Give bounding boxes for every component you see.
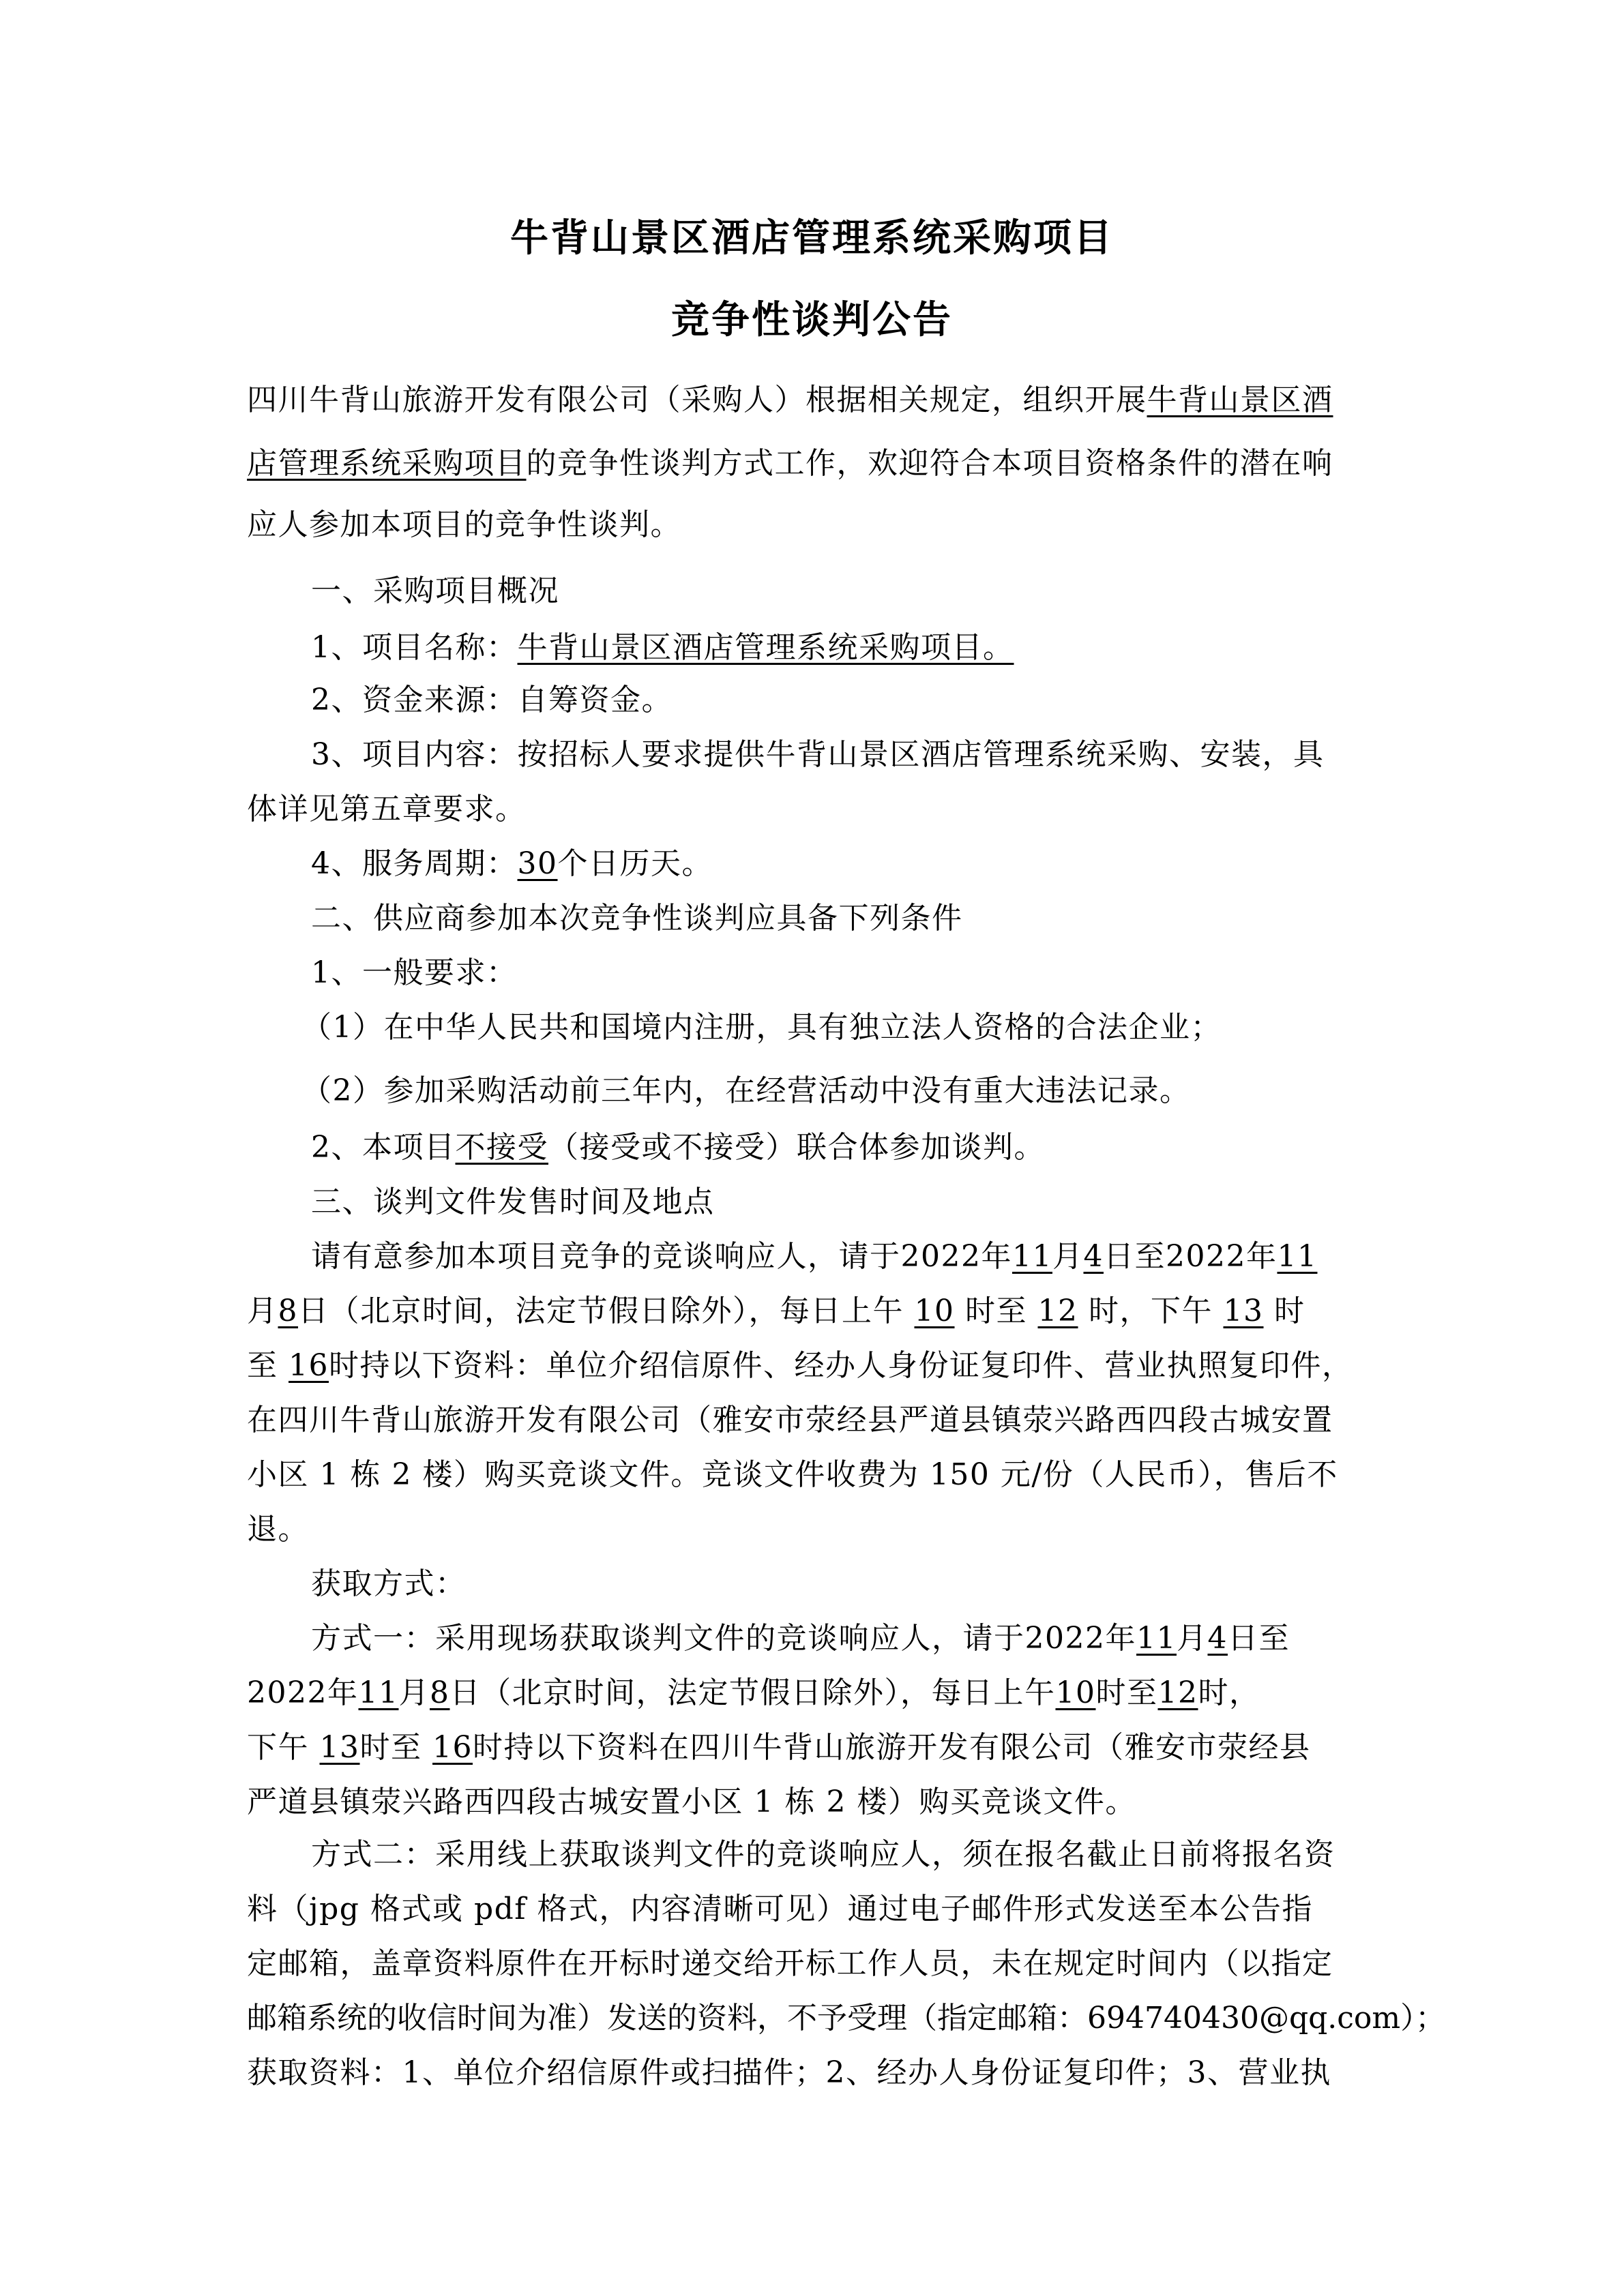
method-2-line-3: 定邮箱，盖章资料原件在开标时递交给开标工作人员，未在规定时间内（以指定 xyxy=(247,1937,1379,1991)
start-month: 11 xyxy=(1012,1239,1052,1274)
start-month: 11 xyxy=(1136,1621,1177,1656)
method-1-line-2: 2022年11月8日（北京时间，法定节假日除外），每日上午10时至12时， xyxy=(247,1666,1379,1720)
text: 方式一：采用现场获取谈判文件的竞谈响应人，请于2022年 xyxy=(311,1621,1136,1656)
clause-text: 2、本项目 xyxy=(311,1130,456,1165)
item-label: 1、项目名称： xyxy=(311,630,518,665)
method-2-line-1: 方式二：采用线上获取谈判文件的竞谈响应人，须在报名截止日前将报名资 xyxy=(247,1828,1379,1882)
text: 时至 xyxy=(360,1730,422,1765)
intro-line-2: 店管理系统采购项目的竞争性谈判方式工作，欢迎符合本项目资格条件的潜在响 xyxy=(247,436,1379,491)
sale-time-line-2: 月8日（北京时间，法定节假日除外），每日上午 10 时至 12 时，下午 13 … xyxy=(247,1284,1379,1339)
start-day: 4 xyxy=(1083,1239,1104,1274)
method-2-line-4-email: 邮箱系统的收信时间为准）发送的资料，不予受理（指定邮箱：694740430@qq… xyxy=(247,1991,1379,2046)
section-3-heading: 三、谈判文件发售时间及地点 xyxy=(247,1175,1379,1229)
method-1-line-1: 方式一：采用现场获取谈判文件的竞谈响应人，请于2022年11月4日至 xyxy=(247,1611,1379,1666)
text: 日至2022年 xyxy=(1104,1239,1277,1274)
document-title: 牛背山景区酒店管理系统采购项目 xyxy=(0,211,1624,266)
sale-location-line-2: 小区 1 栋 2 楼）购买竞谈文件。竞谈文件收费为 150 元/份（人民币），售… xyxy=(247,1448,1379,1502)
end-day: 8 xyxy=(430,1675,450,1710)
general-requirements-heading: 1、一般要求： xyxy=(247,946,1379,1000)
sale-location-line-1: 在四川牛背山旅游开发有限公司（雅安市荥经县严道县镇荥兴路西四段古城安置 xyxy=(247,1393,1379,1448)
method-2-line-5: 获取资料：1、单位介绍信原件或扫描件；2、经办人身份证复印件；3、营业执 xyxy=(247,2046,1379,2100)
end-month: 11 xyxy=(358,1675,398,1710)
pm-start-hour: 13 xyxy=(320,1730,360,1765)
text: 时持以下资料在四川牛背山旅游开发有限公司（雅安市荥经县 xyxy=(473,1730,1311,1765)
text: 至 xyxy=(247,1348,278,1383)
item-label: 4、服务周期： xyxy=(311,846,518,881)
text: 时至 xyxy=(1095,1675,1157,1710)
text: 请有意参加本项目竞争的竞谈响应人，请于2022年 xyxy=(311,1239,1012,1274)
requirement-1: （1）在中华人民共和国境内注册，具有独立法人资格的合法企业； xyxy=(247,1000,1379,1055)
text: 时，下午 xyxy=(1089,1294,1213,1328)
method-2-line-2: 料（jpg 格式或 pdf 格式，内容清晰可见）通过电子邮件形式发送至本公告指 xyxy=(247,1882,1379,1937)
clause-text: （接受或不接受）联合体参加谈判。 xyxy=(548,1130,1045,1165)
text: 日（北京时间，法定节假日除外），每日上午 xyxy=(298,1294,904,1328)
text: 月 xyxy=(398,1675,430,1710)
acquisition-methods-heading: 获取方式： xyxy=(247,1557,1379,1611)
item-service-period: 4、服务周期：30个日历天。 xyxy=(247,837,1379,891)
sale-location-line-3: 退。 xyxy=(247,1502,1379,1557)
end-month: 11 xyxy=(1277,1239,1317,1274)
item-project-name: 1、项目名称：牛背山景区酒店管理系统采购项目。 xyxy=(247,621,1379,675)
text: 2022年 xyxy=(247,1675,358,1710)
consortium-clause: 2、本项目不接受（接受或不接受）联合体参加谈判。 xyxy=(247,1120,1379,1175)
item-content-line-1: 3、项目内容：按招标人要求提供牛背山景区酒店管理系统采购、安装，具 xyxy=(247,728,1379,782)
start-day: 4 xyxy=(1207,1621,1228,1656)
pm-end-hour: 16 xyxy=(432,1730,473,1765)
text: 时， xyxy=(1198,1675,1260,1710)
method-1-line-3: 下午 13时至 16时持以下资料在四川牛背山旅游开发有限公司（雅安市荥经县 xyxy=(247,1720,1379,1775)
item-fund-source: 2、资金来源：自筹资金。 xyxy=(247,673,1379,728)
consortium-choice-underlined: 不接受 xyxy=(456,1130,549,1165)
method-1-line-4: 严道县镇荥兴路西四段古城安置小区 1 栋 2 楼）购买竞谈文件。 xyxy=(247,1775,1379,1830)
pm-start-hour: 13 xyxy=(1224,1294,1264,1328)
text: 月 xyxy=(247,1294,278,1328)
section-2-heading: 二、供应商参加本次竞争性谈判应具备下列条件 xyxy=(247,891,1379,946)
section-1-heading: 一、采购项目概况 xyxy=(247,564,1379,618)
sale-time-line-3: 至 16时持以下资料：单位介绍信原件、经办人身份证复印件、营业执照复印件， xyxy=(247,1339,1379,1393)
text: 时持以下资料：单位介绍信原件、经办人身份证复印件、营业执照复印件， xyxy=(329,1348,1353,1383)
intro-line-1: 四川牛背山旅游开发有限公司（采购人）根据相关规定，组织开展牛背山景区酒 xyxy=(247,373,1379,428)
item-content-line-2: 体详见第五章要求。 xyxy=(247,782,1379,837)
text: 下午 xyxy=(247,1730,309,1765)
pm-end-hour: 16 xyxy=(289,1348,329,1383)
text: 月 xyxy=(1052,1239,1084,1274)
intro-text: 四川牛背山旅游开发有限公司（采购人）根据相关规定，组织开展 xyxy=(247,383,1147,417)
am-start-hour: 10 xyxy=(915,1294,955,1328)
am-start-hour: 10 xyxy=(1055,1675,1095,1710)
am-end-hour: 12 xyxy=(1157,1675,1198,1710)
text: 时 xyxy=(1274,1294,1305,1328)
text: 日至 xyxy=(1228,1621,1290,1656)
document-subtitle: 竞争性谈判公告 xyxy=(0,293,1624,348)
end-day: 8 xyxy=(278,1294,299,1328)
item-value-underlined: 牛背山景区酒店管理系统采购项目。 xyxy=(518,630,1014,665)
text: 时至 xyxy=(965,1294,1027,1328)
requirement-2: （2）参加采购活动前三年内，在经营活动中没有重大违法记录。 xyxy=(247,1064,1379,1118)
item-suffix: 个日历天。 xyxy=(558,846,713,881)
project-name-underlined: 牛背山景区酒 xyxy=(1147,383,1333,417)
am-end-hour: 12 xyxy=(1038,1294,1078,1328)
service-days-value: 30 xyxy=(518,846,558,881)
intro-line-3: 应人参加本项目的竞争性谈判。 xyxy=(247,498,1379,552)
text: 月 xyxy=(1177,1621,1208,1656)
text: 日（北京时间，法定节假日除外），每日上午 xyxy=(449,1675,1055,1710)
document-page: 牛背山景区酒店管理系统采购项目 竞争性谈判公告 四川牛背山旅游开发有限公司（采购… xyxy=(0,0,1624,2296)
sale-time-line-1: 请有意参加本项目竞争的竞谈响应人，请于2022年11月4日至2022年11 xyxy=(247,1229,1379,1284)
project-name-underlined: 店管理系统采购项目 xyxy=(247,446,527,481)
intro-text: 的竞争性谈判方式工作，欢迎符合本项目资格条件的潜在响 xyxy=(527,446,1333,481)
